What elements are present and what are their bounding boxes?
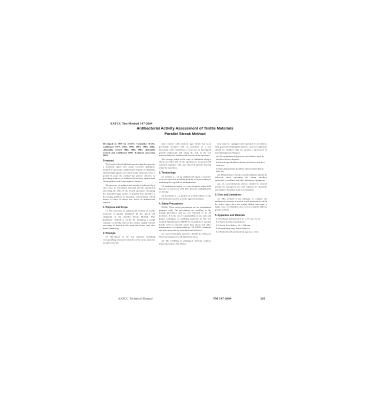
section-heading: 3. Terminology (159, 172, 211, 175)
list-item: (a) All contaminated glassware and cultu… (216, 155, 267, 161)
text-column-1: Developed in 1976 by AATCC Committee RA3… (103, 143, 155, 297)
paragraph: The average width of the zone of inhibit… (159, 158, 211, 169)
text-column-content: Developed in 1976 by AATCC Committee RA3… (103, 143, 155, 246)
footer-page-number: 261 (251, 291, 265, 309)
section-heading: 5. Uses and Limitations (215, 194, 267, 197)
footer-manual-label: AATCC Technical Manual (118, 291, 220, 309)
paragraph: 3.2 antibacterial agent, n.—any chemical… (159, 185, 211, 194)
section-heading: 1. Purpose and Scope (103, 206, 155, 209)
test-method-number: AATCC Test Method 147-2004 (110, 122, 152, 125)
list-item: (c) Inoculating loops should be flamed i… (216, 167, 267, 173)
document-header: AATCC Test Method 147-2004 (110, 116, 235, 121)
paragraph: 4.1 Good laboratory practices should be … (159, 233, 211, 239)
paragraph: The Parallel Streak Method was developed… (103, 163, 155, 183)
text-column-3: tory must be equipped and operated in ac… (215, 143, 267, 297)
document-title: Antibacterial Activity Assessment of Tex… (103, 126, 267, 139)
paragraph: 2.1 Specimens of the test material, incl… (103, 236, 155, 245)
paragraph: tory must be equipped and operated in ac… (215, 143, 267, 154)
section-heading: 4. Safety Precautions (159, 202, 211, 205)
paragraph: 3.1 activity, n.—of an antibacterial age… (159, 176, 211, 185)
section-heading: 6. Apparatus and Materials (215, 214, 267, 217)
section-heading: Foreword (103, 159, 155, 162)
paragraph: mate contact with nutrient agar which ha… (159, 143, 211, 157)
text-column-2: mate contact with nutrient agar which ha… (159, 143, 211, 297)
list-item: (b) Bench tops should be disinfected bef… (216, 161, 267, 167)
screenshot-canvas: AATCC Test Method 147-2004 Antibacterial… (0, 0, 368, 420)
paragraph: 1.1 The detection of antibacterial activ… (103, 210, 155, 230)
paragraph: 4.4 An eyewash/safety shower should be l… (215, 183, 267, 192)
paragraph: 4.3 Manufacturer's safety recommendation… (215, 174, 267, 183)
development-history-note: Developed in 1976 by AATCC Committee RA3… (103, 143, 155, 157)
paragraph: 4.2 The handling of pathogenic bacteria … (159, 240, 211, 246)
text-column-content: tory must be equipped and operated in ac… (215, 143, 267, 234)
list-item: 6.5 Nutrient broth and nutrient agar (se… (216, 231, 267, 234)
title-line-2: Parallel Streak Method (103, 131, 267, 136)
section-heading: 2. Principle (103, 232, 155, 235)
paragraph: 3.3 inoculum, n.—a portion of a broth cu… (159, 195, 211, 201)
paragraph: 5.1 This method is not adequate to evalu… (215, 198, 267, 212)
document-footer: AATCC Technical Manual TM 147-2004 261 (103, 291, 267, 297)
paragraph: The presence of antibacterial activity i… (103, 184, 155, 204)
scanned-document-page: AATCC Test Method 147-2004 Antibacterial… (103, 113, 267, 318)
text-column-content: mate contact with nutrient agar which ha… (159, 143, 211, 246)
paragraph: NOTE: These safety precautions are for i… (159, 206, 211, 232)
text-columns: Developed in 1976 by AATCC Committee RA3… (103, 143, 267, 297)
